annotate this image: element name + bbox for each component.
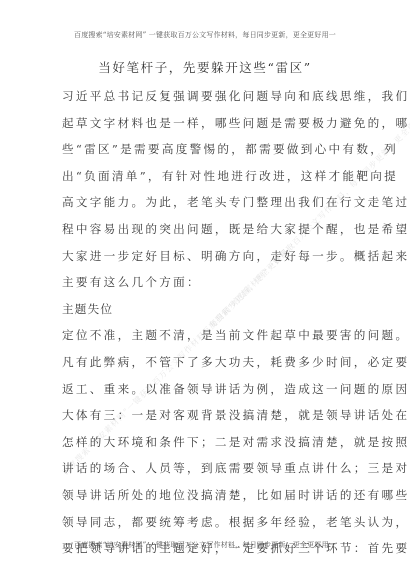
paragraph-line: 大体有三：一是对客观背景没搞清楚，就是领导讲话处在 xyxy=(62,402,350,429)
paragraph-line: 程中容易出现的突出问题，既是给大家提个醒，也是希望 xyxy=(62,216,350,243)
paragraph-line: 高文字能力。为此，老笔头专门整理出我们在行文走笔过 xyxy=(62,189,350,216)
paragraph-line: 出“负面清单”，有针对性地进行改进，这样才能靶向提 xyxy=(62,163,350,190)
page-footer: 百度搜索“培安素材网” 一键获取百万公文写作材料，每日同步更新，更全更好用一 xyxy=(0,540,410,550)
paragraph-line: 习近平总书记反复强调要强化问题导向和底线思维，我们 xyxy=(62,83,350,110)
paragraph-line: 领导同志，都要统筹考虑。根据多年经验，老笔头认为， xyxy=(62,509,350,536)
paragraph-line: 讲话的场合、人员等，到底需要领导重点讲什么；三是对 xyxy=(62,455,350,482)
paragraph-line: 大家进一步定好目标、明确方向，走好每一步。概括起来 xyxy=(62,243,350,270)
paragraph-line: 些“雷区”是需要高度警惕的，都需要做到心中有数，列 xyxy=(62,136,350,163)
paragraph-line: 主要有这么几个方面： xyxy=(62,269,350,296)
paragraph-line: 定位不准，主题不清，是当前文件起草中最要害的问题。 xyxy=(62,322,350,349)
paragraph-line: 凡有此弊病，不管下了多大功夫，耗费多少时间，必定要 xyxy=(62,349,350,376)
page-header: 百度搜索“培安素材网” 一键获取百万公文写作材料，每日同步更新，更全更好用一 xyxy=(0,30,410,40)
paragraph-line: 怎样的大环境和条件下；二是对需求没搞清楚，就是按照 xyxy=(62,429,350,456)
document-body: 习近平总书记反复强调要强化问题导向和底线思维，我们 起草文字材料也是一样，哪些问… xyxy=(62,83,350,562)
paragraph-line: 领导讲话所处的地位没搞清楚，比如届时讲话的还有哪些 xyxy=(62,482,350,509)
section-heading: 主题失位 xyxy=(62,296,350,323)
paragraph-line: 起草文字材料也是一样，哪些问题是需要极力避免的，哪 xyxy=(62,110,350,137)
document-title: 当好笔杆子，先要躲开这些“雷区” xyxy=(0,58,410,76)
paragraph-line: 返工、重来。以准备领导讲话为例，造成这一问题的原因 xyxy=(62,376,350,403)
